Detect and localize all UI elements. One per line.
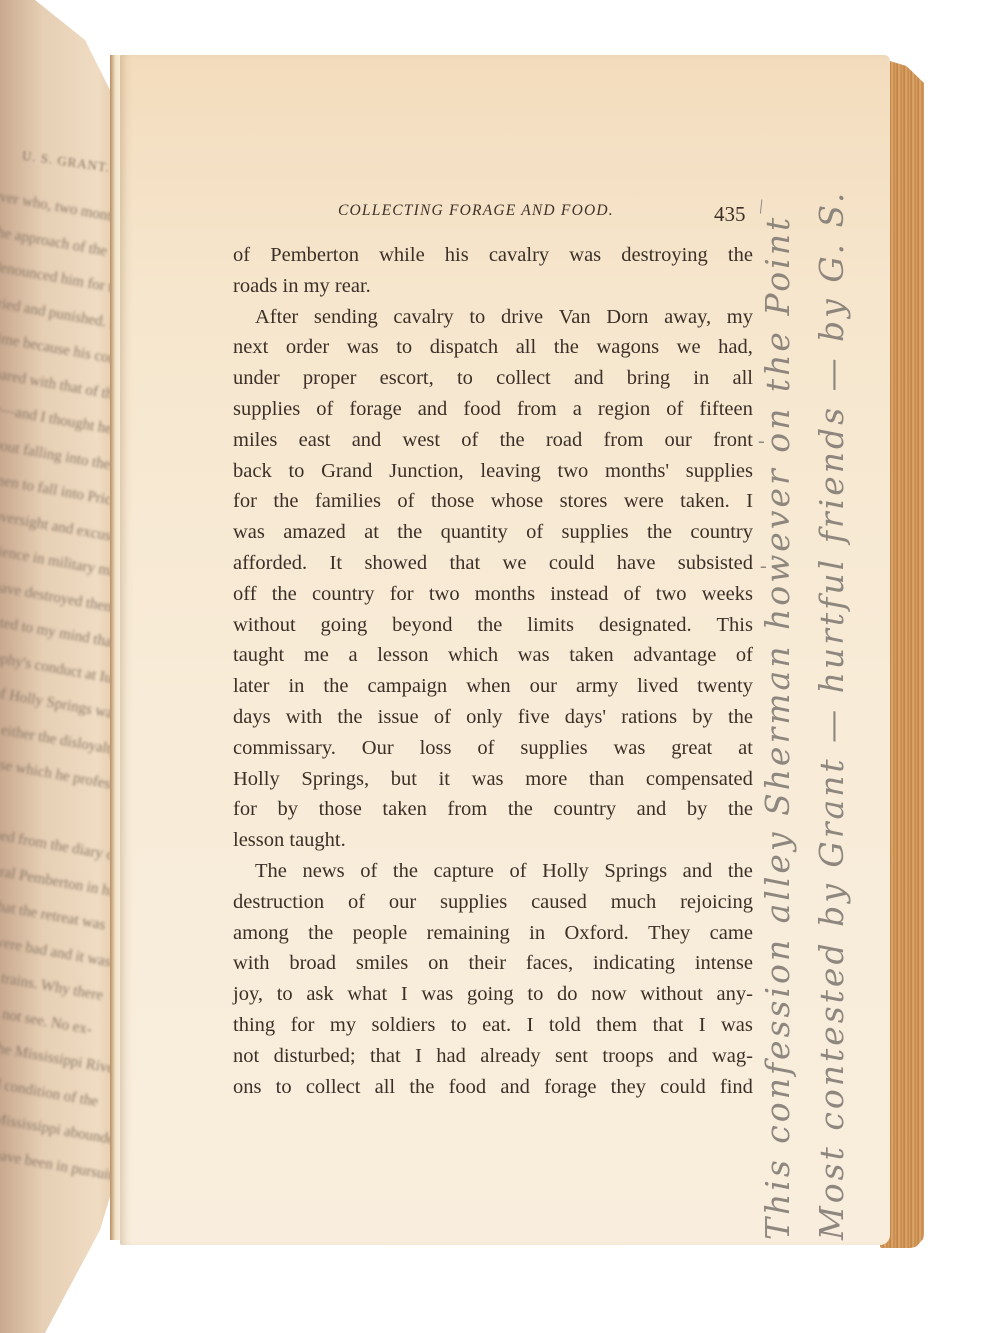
word: without <box>233 610 296 641</box>
word: but <box>391 764 417 795</box>
word: from <box>517 394 557 425</box>
word: I <box>401 979 408 1010</box>
word: miles <box>233 425 277 456</box>
word: which <box>448 640 498 671</box>
word: was <box>421 979 453 1010</box>
word: of <box>233 240 250 271</box>
word: was <box>472 764 504 795</box>
word: limits <box>527 610 574 641</box>
word: and <box>418 394 448 425</box>
word: to <box>451 1010 467 1041</box>
word: instead <box>550 579 608 610</box>
word: They <box>648 918 690 949</box>
word: destroying <box>621 240 708 271</box>
word: supplies <box>440 887 507 918</box>
word: and <box>683 856 713 887</box>
word: issue <box>378 702 419 733</box>
text-line-content: roads in my rear. <box>233 271 371 302</box>
text-line: withoutgoingbeyondthelimitsdesignated.Th… <box>233 610 753 641</box>
word: with <box>233 948 269 979</box>
text-line: onstocollectallthefoodandforagetheycould… <box>233 1072 753 1103</box>
word: that <box>370 1041 401 1072</box>
word: taken <box>569 640 613 671</box>
word: supplies <box>686 456 753 487</box>
text-line: lesson taught. <box>233 825 753 856</box>
text-line: destructionofoursuppliescausedmuchrejoic… <box>233 887 753 918</box>
word: could <box>660 1072 706 1103</box>
word: cavalry <box>393 302 453 333</box>
word: great <box>671 733 712 764</box>
word: the <box>647 517 672 548</box>
word: going <box>321 610 368 641</box>
word: afforded. <box>233 548 307 579</box>
text-line: backtoGrandJunction,leavingtwomonths'sup… <box>233 456 753 487</box>
text-line: forbythosetakenfromthecountryandbythe <box>233 794 753 825</box>
word: months' <box>605 456 669 487</box>
word: and <box>500 1072 530 1103</box>
word: a <box>573 394 582 425</box>
word: our <box>665 425 692 456</box>
word: in <box>288 671 304 702</box>
word: supplies <box>520 733 587 764</box>
word: fifteen <box>699 394 753 425</box>
word: his <box>445 240 469 271</box>
word: we <box>503 548 527 579</box>
word: I <box>699 1010 706 1041</box>
word: cavalry <box>489 240 549 271</box>
word: Oxford. <box>564 918 628 949</box>
word: front <box>713 425 753 456</box>
word: taken <box>382 794 426 825</box>
text-line: AftersendingcavalrytodriveVanDornaway,my <box>233 302 753 333</box>
word: campaign <box>367 671 447 702</box>
page-number: 435 <box>714 202 746 227</box>
word: at <box>364 517 379 548</box>
word: back <box>233 456 272 487</box>
word: of <box>461 425 478 456</box>
word: rejoicing <box>680 887 753 918</box>
word: while <box>379 240 425 271</box>
word: Van <box>559 302 591 333</box>
word: two <box>429 579 460 610</box>
word: that <box>449 548 480 579</box>
word: and <box>637 794 667 825</box>
word: that <box>653 1010 684 1041</box>
word: of <box>360 856 377 887</box>
word: dispatch <box>430 332 498 363</box>
word: the <box>308 918 333 949</box>
word: I <box>415 1041 422 1072</box>
word: months <box>475 579 535 610</box>
word: indicating <box>593 948 675 979</box>
word: the <box>272 579 297 610</box>
word: for <box>233 486 257 517</box>
word: Springs <box>604 856 667 887</box>
word: the <box>728 702 753 733</box>
text-line: taughtmealessonwhichwastakenadvantageof <box>233 640 753 671</box>
word: was <box>613 733 645 764</box>
word: commissary. <box>233 733 336 764</box>
word: at <box>738 733 753 764</box>
word: in <box>529 918 545 949</box>
word: came <box>710 918 753 949</box>
word: days <box>233 702 271 733</box>
word: of <box>666 394 683 425</box>
text-line: notdisturbed;thatIhadalreadysenttroopsan… <box>233 1041 753 1072</box>
word: it <box>439 764 450 795</box>
word: bring <box>627 363 670 394</box>
word: the <box>393 856 418 887</box>
pencil-dash-mark: - <box>758 430 765 453</box>
word: caused <box>531 887 587 918</box>
word: of <box>736 640 753 671</box>
word: on <box>428 948 449 979</box>
running-head: COLLECTING FORAGE AND FOOD. <box>338 202 614 220</box>
text-line: withbroadsmilesontheirfaces,indicatingin… <box>233 948 753 979</box>
pencil-annotation-2: Most contested by Grant — hurtful friend… <box>812 190 851 1240</box>
word: compensated <box>646 764 753 795</box>
word: to <box>276 1072 292 1103</box>
text-line: laterinthecampaignwhenourarmylivedtwenty <box>233 671 753 702</box>
word: not <box>233 1041 259 1072</box>
word: collect <box>496 363 551 394</box>
text-line: offthecountryfortwomonthsinsteadoftwowee… <box>233 579 753 610</box>
word: collect <box>306 1072 361 1103</box>
word: sent <box>555 1041 588 1072</box>
pencil-dash-mark: - <box>760 555 767 578</box>
word: beyond <box>392 610 452 641</box>
text-line: ofPembertonwhilehiscavalrywasdestroyingt… <box>233 240 753 271</box>
word: was <box>721 1010 753 1041</box>
word: people <box>353 918 408 949</box>
word: of <box>434 702 451 733</box>
word: leaving <box>480 456 540 487</box>
word: was <box>233 517 265 548</box>
word: Holly <box>542 856 589 887</box>
word: going <box>467 979 514 1010</box>
word: have <box>617 548 656 579</box>
word: weeks <box>702 579 753 610</box>
text-line: suppliesofforageandfoodfromaregionoffift… <box>233 394 753 425</box>
word: had <box>436 1041 466 1072</box>
word: Pemberton <box>270 240 359 271</box>
word: could <box>549 548 595 579</box>
word: the <box>397 517 422 548</box>
word: order <box>286 332 329 363</box>
text-line: amongthepeopleremaininginOxford.Theycame <box>233 918 753 949</box>
word: of <box>477 733 494 764</box>
word: Junction, <box>389 456 464 487</box>
word: lesson <box>377 640 428 671</box>
word: for <box>233 794 257 825</box>
word: This <box>717 610 753 641</box>
word: among <box>233 918 289 949</box>
word: next <box>233 332 268 363</box>
word: my <box>727 302 753 333</box>
word: troops <box>602 1041 653 1072</box>
word: those <box>319 794 362 825</box>
word: when <box>466 671 510 702</box>
word: drive <box>501 302 543 333</box>
word: Springs, <box>301 764 369 795</box>
word: we <box>677 332 701 363</box>
word: than <box>589 764 624 795</box>
word: the <box>728 856 753 887</box>
word: Grand <box>321 456 372 487</box>
word: broad <box>289 948 336 979</box>
word: showed <box>364 548 427 579</box>
word: to <box>469 302 485 333</box>
word: ask <box>306 979 333 1010</box>
word: designated. <box>599 610 692 641</box>
word: eat. <box>482 1010 511 1041</box>
word: and <box>668 1041 698 1072</box>
text-line: ThenewsofthecaptureofHollySpringsandthe <box>233 856 753 887</box>
word: them <box>596 1010 637 1041</box>
word: whose <box>491 486 543 517</box>
word: our <box>389 887 416 918</box>
word: of <box>316 394 333 425</box>
word: of <box>509 856 526 887</box>
word: by <box>277 794 298 825</box>
text-line: wasamazedatthequantityofsuppliesthecount… <box>233 517 753 548</box>
word: the <box>508 794 533 825</box>
word: subsisted <box>678 548 753 579</box>
text-line: roads in my rear. <box>233 271 753 302</box>
word: forage <box>544 1072 596 1103</box>
word: proper <box>303 363 357 394</box>
word: more <box>525 764 567 795</box>
word: under <box>233 363 280 394</box>
word: told <box>549 1010 581 1041</box>
word: off <box>233 579 257 610</box>
word: Holly <box>233 764 280 795</box>
word: supplies <box>233 394 300 425</box>
word: the <box>728 240 753 271</box>
word: five <box>518 702 550 733</box>
word: the <box>337 702 362 733</box>
word: find <box>720 1072 753 1103</box>
word: already <box>480 1041 540 1072</box>
text-line: commissary.Ourlossofsupplieswasgreatat <box>233 733 753 764</box>
word: only <box>466 702 502 733</box>
word: with <box>286 702 322 733</box>
word: to <box>288 456 304 487</box>
word: the <box>273 486 298 517</box>
word: and <box>352 425 382 456</box>
word: wagons <box>596 332 659 363</box>
word: was <box>518 640 550 671</box>
text-line: dayswiththeissueofonlyfivedays'rationsby… <box>233 702 753 733</box>
word: region <box>598 394 650 425</box>
word: disturbed; <box>274 1041 356 1072</box>
word: were <box>624 486 664 517</box>
word: faces, <box>526 948 573 979</box>
word: what <box>347 979 387 1010</box>
word: they <box>611 1072 646 1103</box>
word: I <box>746 486 753 517</box>
text-line: mileseastandwestoftheroadfromourfront <box>233 425 753 456</box>
word: of <box>526 517 543 548</box>
word: amazed <box>283 517 346 548</box>
word: days' <box>565 702 606 733</box>
word: rations <box>621 702 677 733</box>
text-line: nextorderwastodispatchallthewagonswehad, <box>233 332 753 363</box>
word: food <box>449 1072 487 1103</box>
word: advantage <box>633 640 716 671</box>
word: those <box>431 486 474 517</box>
word: the <box>409 1072 434 1103</box>
word: any- <box>717 979 753 1010</box>
word: and <box>574 363 604 394</box>
word: of <box>348 887 365 918</box>
word: After <box>255 302 298 333</box>
word: thing <box>233 1010 275 1041</box>
word: two <box>656 579 687 610</box>
word: now <box>591 979 626 1010</box>
word: I <box>527 1010 534 1041</box>
word: country <box>553 794 616 825</box>
pencil-annotation-1: This confession alley Sherman however on… <box>758 215 797 1240</box>
text-line: underproperescort,tocollectandbringinall <box>233 363 753 394</box>
word: the <box>500 425 525 456</box>
word: Our <box>362 733 394 764</box>
word: for <box>390 579 414 610</box>
word: stores <box>560 486 608 517</box>
word: food <box>463 394 501 425</box>
word: supplies <box>561 517 628 548</box>
word: to <box>277 979 293 1010</box>
text-line: forthefamiliesofthosewhosestoresweretake… <box>233 486 753 517</box>
word: away, <box>664 302 711 333</box>
word: destruction <box>233 887 324 918</box>
word: a <box>348 640 357 671</box>
word: wag- <box>712 1041 753 1072</box>
word: soldiers <box>372 1010 436 1041</box>
word: It <box>330 548 343 579</box>
body-text: ofPembertonwhilehiscavalrywasdestroyingt… <box>233 240 753 1102</box>
left-page-text: ever who, two monthsthe approach of thed… <box>0 205 90 1199</box>
word: lived <box>637 671 678 702</box>
word: later <box>233 671 269 702</box>
word: two <box>558 456 589 487</box>
word: for <box>291 1010 315 1041</box>
word: to <box>527 979 543 1010</box>
word: escort, <box>380 363 434 394</box>
word: do <box>557 979 578 1010</box>
word: twenty <box>697 671 753 702</box>
word: families <box>315 486 381 517</box>
word: smiles <box>356 948 408 979</box>
word: of <box>397 486 414 517</box>
word: me <box>304 640 329 671</box>
word: their <box>468 948 506 979</box>
word: joy, <box>233 979 263 1010</box>
word: our <box>530 671 557 702</box>
word: country <box>312 579 375 610</box>
word: my <box>330 1010 356 1041</box>
text-line: thingformysoldierstoeat.ItoldthemthatIwa… <box>233 1010 753 1041</box>
word: army <box>576 671 618 702</box>
word: to <box>396 332 412 363</box>
word: in <box>693 363 709 394</box>
word: The <box>255 856 287 887</box>
word: remaining <box>427 918 510 949</box>
word: without <box>640 979 703 1010</box>
word: capture <box>434 856 494 887</box>
word: of <box>624 579 641 610</box>
word: was <box>569 240 601 271</box>
word: forage <box>349 394 401 425</box>
word: loss <box>420 733 452 764</box>
word: the <box>477 610 502 641</box>
word: intense <box>695 948 753 979</box>
word: the <box>554 332 579 363</box>
word: quantity <box>441 517 508 548</box>
word: was <box>347 332 379 363</box>
left-running-head: U. S. GRANT. <box>0 145 111 176</box>
word: sending <box>314 302 378 333</box>
word: by <box>692 702 713 733</box>
word: country <box>690 517 753 548</box>
word: all <box>732 363 753 394</box>
word: taken. <box>680 486 730 517</box>
word: the <box>323 671 348 702</box>
text-line: HollySprings,butitwasmorethancompensated <box>233 764 753 795</box>
word: ons <box>233 1072 261 1103</box>
text-line: afforded.Itshowedthatwecouldhavesubsiste… <box>233 548 753 579</box>
word: all <box>375 1072 396 1103</box>
text-line: joy,toaskwhatIwasgoingtodonowwithoutany- <box>233 979 753 1010</box>
word: had, <box>718 332 753 363</box>
word: to <box>457 363 473 394</box>
word: Dorn <box>606 302 648 333</box>
word: from <box>447 794 487 825</box>
text-line-content: lesson taught. <box>233 825 346 856</box>
word: by <box>687 794 708 825</box>
word: east <box>299 425 331 456</box>
left-page-verso: U. S. GRANT. ever who, two monthsthe app… <box>0 0 122 1333</box>
word: news <box>302 856 344 887</box>
word: west <box>403 425 441 456</box>
word: much <box>611 887 657 918</box>
word: all <box>516 332 537 363</box>
word: road <box>546 425 582 456</box>
word: the <box>728 794 753 825</box>
word: taught <box>233 640 284 671</box>
word: from <box>603 425 643 456</box>
